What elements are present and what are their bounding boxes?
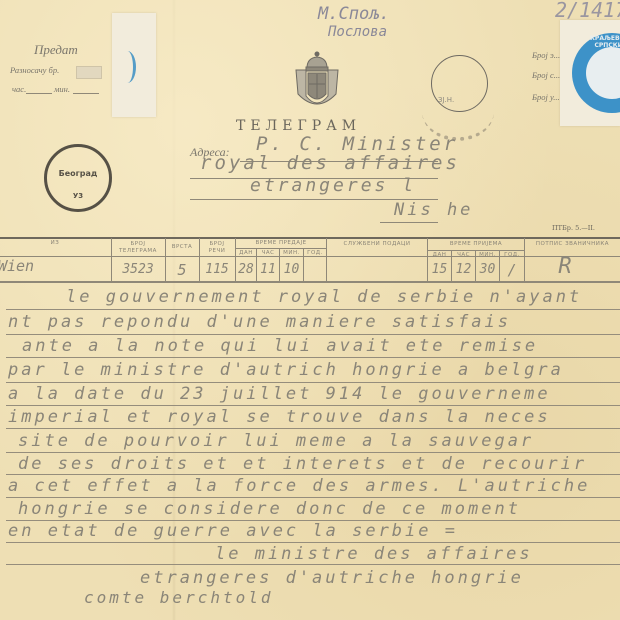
signature-header: ПОТПИС ЗВАНИЧНИКА bbox=[525, 241, 620, 247]
blue-seal-text: КРАЉЕВСКО СРПСКИ... bbox=[572, 35, 620, 49]
minutes-label: мин. bbox=[54, 84, 70, 94]
service-data-header: СЛУЖБЕНИ ПОДАЦИ bbox=[327, 241, 427, 247]
message-line-12: le ministre des affaires bbox=[215, 544, 533, 564]
document-title: ТЕЛЕГРАМ bbox=[236, 118, 361, 134]
body-rule-7 bbox=[6, 452, 620, 453]
pencil-note-line-1: М.Спољ. bbox=[318, 4, 390, 24]
coat-of-arms-icon bbox=[292, 50, 342, 112]
sent-year-header: ГОД. bbox=[304, 250, 326, 256]
predat-label: Предат bbox=[34, 42, 78, 58]
from-header: ИЗ bbox=[40, 240, 70, 246]
message-line-6: imperial et royal se trouve dans la nece… bbox=[8, 407, 551, 427]
body-rule-12 bbox=[6, 564, 620, 565]
message-line-10: hongrie se considere donc de ce moment bbox=[18, 499, 521, 519]
message-line-14: comte berchtold bbox=[84, 588, 274, 607]
received-hour-value: 12 bbox=[452, 262, 475, 277]
blue-seal-arc-icon bbox=[119, 51, 136, 83]
received-minute-header: МИН. bbox=[476, 252, 499, 258]
word-count-header: БРОЈ РЕЧИ bbox=[200, 241, 234, 255]
telegram-number-header: БРОЈ ТЕЛЕГРАМА bbox=[112, 241, 164, 255]
address-line-4: Nis he bbox=[394, 200, 473, 220]
received-day-header: ДАН bbox=[428, 252, 451, 258]
signature-value: R bbox=[525, 254, 605, 279]
archive-number: 2/1417 bbox=[555, 0, 620, 22]
body-rule-8 bbox=[6, 474, 620, 475]
seal-patch-left bbox=[112, 13, 156, 117]
body-rule-9 bbox=[6, 497, 620, 498]
body-rule-2 bbox=[6, 334, 620, 335]
message-line-9: a cet effet a la force des armes. L'autr… bbox=[8, 476, 590, 496]
blue-seal-icon: КРАЉЕВСКО СРПСКИ... bbox=[572, 33, 620, 113]
sent-minute-header: МИН. bbox=[280, 250, 303, 256]
message-line-11: en etat de guerre avec la serbie = bbox=[8, 521, 458, 541]
telegram-number-value: 3523 bbox=[112, 262, 164, 277]
message-line-1: le gouvernement royal de serbie n'ayant bbox=[66, 287, 582, 307]
from-value: Wien bbox=[0, 257, 46, 275]
seal-patch-right: КРАЉЕВСКО СРПСКИ... bbox=[560, 20, 620, 126]
sent-time-header: ВРЕМЕ ПРЕДАЈЕ bbox=[236, 240, 326, 246]
body-rule-4 bbox=[6, 382, 620, 383]
body-rule-6 bbox=[6, 428, 620, 429]
hours-label: час. bbox=[12, 84, 26, 94]
form-code: ПТБр. 5.—II. bbox=[552, 224, 595, 232]
body-rule-5 bbox=[6, 405, 620, 406]
table-subheader-rule bbox=[236, 248, 326, 249]
minutes-blank bbox=[73, 93, 99, 94]
postmark-left-text: Београд bbox=[50, 169, 106, 178]
number-label-1: Број э... bbox=[532, 50, 560, 60]
hours-blank bbox=[26, 93, 52, 94]
address-line-2: royal des affaires bbox=[200, 152, 460, 174]
sent-day-value: 28 bbox=[236, 262, 256, 277]
number-label-3: Број у... bbox=[532, 92, 560, 102]
pencil-note-line-2: Послова bbox=[328, 24, 390, 40]
received-year-header: ГОД. bbox=[500, 252, 524, 258]
sent-hour-header: ЧАС bbox=[257, 250, 279, 256]
message-line-3: ante a la note qui lui avait ete remise bbox=[22, 336, 538, 356]
message-line-2: nt pas repondu d'une maniere satisfais bbox=[8, 312, 511, 332]
table-subheader-rule-2 bbox=[428, 250, 524, 251]
table-top-rule bbox=[0, 237, 620, 239]
address-line-3: etrangeres l bbox=[250, 175, 416, 196]
sent-minute-value: 10 bbox=[280, 262, 303, 277]
received-day-value: 15 bbox=[428, 262, 451, 277]
received-hour-header: ЧАС bbox=[452, 252, 475, 258]
message-line-7: site de pourvoir lui meme a la sauvegar bbox=[18, 431, 534, 451]
class-value: 5 bbox=[166, 261, 198, 279]
received-minute-value: 30 bbox=[476, 262, 499, 277]
received-time-header: ВРЕМЕ ПРИЈЕМА bbox=[428, 241, 524, 247]
body-rule-11 bbox=[6, 542, 620, 543]
sent-hour-value: 11 bbox=[257, 262, 279, 277]
postmark-left-bottom: У3 bbox=[47, 192, 109, 200]
message-line-8: de ses droits et et interets et de recou… bbox=[18, 454, 587, 474]
received-year-value: / bbox=[500, 261, 524, 279]
table-bottom-rule bbox=[0, 281, 620, 283]
postmark-left: Београд У3 bbox=[44, 144, 112, 212]
body-rule-3 bbox=[6, 357, 620, 358]
message-line-4: par le ministre d'autrich hongrie a belg… bbox=[8, 360, 564, 380]
address-rule-4 bbox=[380, 222, 438, 223]
message-line-13: etrangeres d'autriche hongrie bbox=[140, 568, 524, 588]
class-header: ВРСТА bbox=[166, 244, 198, 250]
number-label-2: Број с... bbox=[532, 70, 560, 80]
message-line-5: a la date du 23 juillet 914 le gouvernem… bbox=[8, 384, 551, 404]
courier-number-box bbox=[76, 66, 102, 79]
pencil-note: М.Спољ. Послова bbox=[318, 4, 390, 40]
sent-day-header: ДАН bbox=[236, 250, 256, 256]
body-rule-1 bbox=[6, 309, 620, 310]
word-count-value: 115 bbox=[200, 262, 234, 277]
courier-label: Разносачу бр. bbox=[10, 65, 59, 75]
